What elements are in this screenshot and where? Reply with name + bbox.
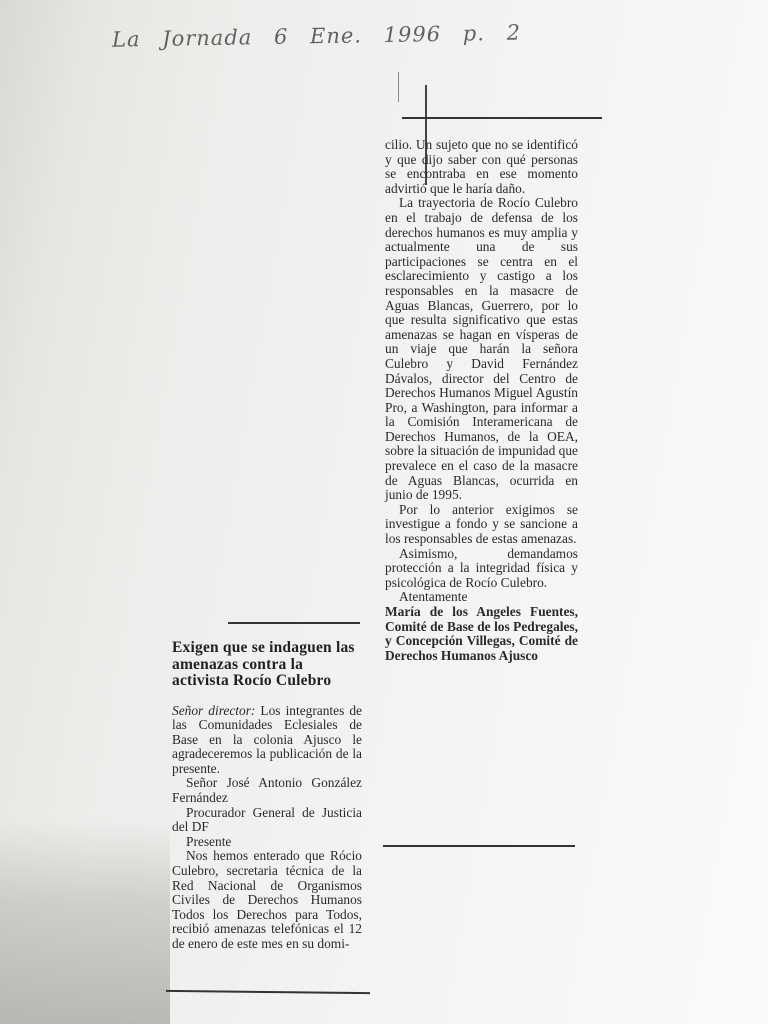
addressee-title: Procurador General de Justicia del DF [172, 806, 362, 835]
letter-body-start: Nos hemos enterado que Rócio Culebro, se… [172, 849, 362, 951]
presente: Presente [172, 835, 362, 850]
note-word: 1996 [383, 22, 441, 47]
paragraph: Asimismo, demandamos protección a la int… [385, 547, 578, 591]
note-word: Ene. [310, 23, 362, 48]
note-word: 2 [506, 21, 521, 45]
letter-intro: Señor director: Los integrantes de las C… [172, 704, 362, 777]
top-rule [402, 117, 602, 119]
note-word: p. [463, 21, 486, 45]
cut-mark [398, 72, 399, 102]
handwritten-source-note: La Jornada 6 Ene. 1996 p. 2 [112, 20, 535, 51]
note-word: Jornada [162, 25, 253, 51]
left-column-top-rule [228, 622, 360, 624]
left-column-bottom-rule [166, 990, 370, 994]
right-column-bottom-rule [383, 845, 575, 847]
paragraph: cilio. Un sujeto que no se identificó y … [385, 138, 578, 196]
closing: Atentamente [385, 590, 578, 605]
addressee-name: Señor José Antonio González Fernández [172, 776, 362, 805]
signatories: María de los Angeles Fuentes, Comité de … [385, 605, 578, 663]
salutation: Señor director: [172, 703, 255, 718]
article-headline: Exigen que se indaguen las amenazas cont… [172, 640, 362, 690]
note-word: La [112, 27, 141, 51]
letter-left-column: Exigen que se indaguen las amenazas cont… [172, 640, 362, 952]
letter-right-column: cilio. Un sujeto que no se identificó y … [385, 138, 578, 663]
paragraph: Por lo anterior exigimos se investigue a… [385, 503, 578, 547]
note-word: 6 [274, 25, 289, 49]
paragraph: La trayectoria de Rocío Culebro en el tr… [385, 196, 578, 502]
page-shadow [0, 820, 170, 1024]
